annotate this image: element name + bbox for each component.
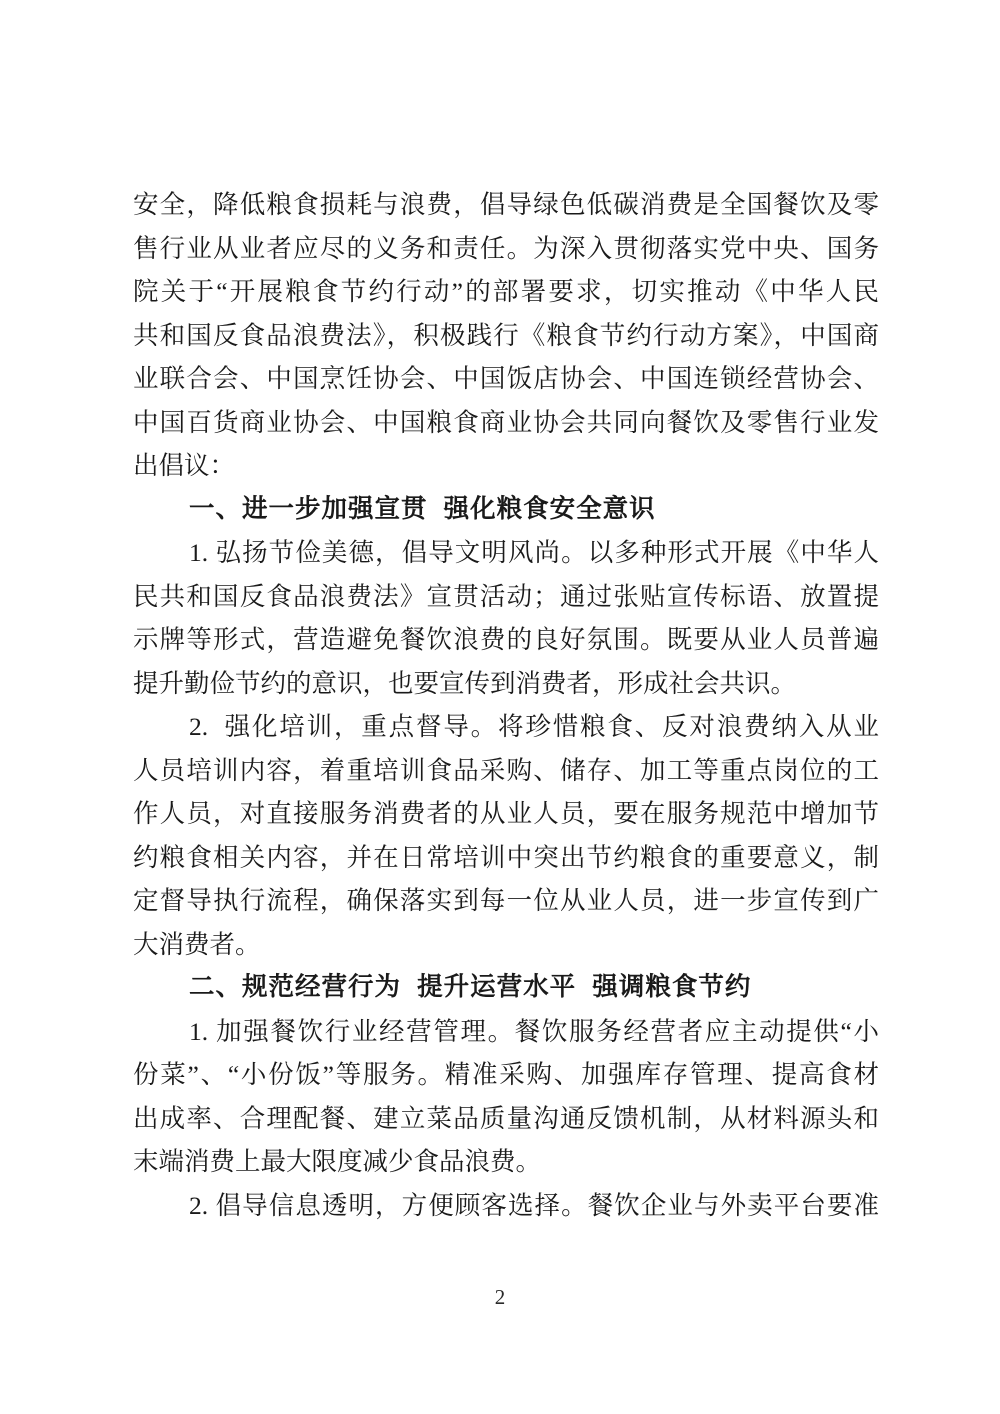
text-line: 共和国反食品浪费法》，积极践行《粮食节约行动方案》，中国商 — [133, 314, 879, 358]
text-line: 定督导执行流程，确保落实到每一位从业人员，进一步宣传到广 — [133, 879, 879, 923]
text-line: 2. 倡导信息透明，方便顾客选择。餐饮企业与外卖平台要准 — [133, 1184, 879, 1228]
section-heading: 一、进一步加强宣贯 强化粮食安全意识 — [133, 488, 879, 532]
text-line: 末端消费上最大限度减少食品浪费。 — [133, 1140, 879, 1184]
text-line: 份菜”、“小份饭”等服务。精准采购、加强库存管理、提高食材 — [133, 1053, 879, 1097]
text-block: 安全，降低粮食损耗与浪费，倡导绿色低碳消费是全国餐饮及零售行业从业者应尽的义务和… — [133, 183, 879, 1227]
text-line: 中国百货商业协会、中国粮食商业协会共同向餐饮及零售行业发 — [133, 401, 879, 445]
text-line: 作人员，对直接服务消费者的从业人员，要在服务规范中增加节 — [133, 792, 879, 836]
text-line: 民共和国反食品浪费法》宣贯活动；通过张贴宣传标语、放置提 — [133, 575, 879, 619]
text-line: 2. 强化培训，重点督导。将珍惜粮食、反对浪费纳入从业 — [133, 705, 879, 749]
text-line: 人员培训内容，着重培训食品采购、储存、加工等重点岗位的工 — [133, 749, 879, 793]
text-line: 安全，降低粮食损耗与浪费，倡导绿色低碳消费是全国餐饮及零 — [133, 183, 879, 227]
text-line: 出倡议： — [133, 444, 879, 488]
text-line: 示牌等形式，营造避免餐饮浪费的良好氛围。既要从业人员普遍 — [133, 618, 879, 662]
text-line: 业联合会、中国烹饪协会、中国饭店协会、中国连锁经营协会、 — [133, 357, 879, 401]
text-line: 约粮食相关内容，并在日常培训中突出节约粮食的重要意义，制 — [133, 836, 879, 880]
page-number: 2 — [0, 1283, 1000, 1311]
document-page: 安全，降低粮食损耗与浪费，倡导绿色低碳消费是全国餐饮及零售行业从业者应尽的义务和… — [0, 0, 1000, 1414]
section-heading: 二、规范经营行为 提升运营水平 强调粮食节约 — [133, 966, 879, 1010]
text-line: 提升勤俭节约的意识，也要宣传到消费者，形成社会共识。 — [133, 662, 879, 706]
text-line: 出成率、合理配餐、建立菜品质量沟通反馈机制，从材料源头和 — [133, 1097, 879, 1141]
text-line: 1. 加强餐饮行业经营管理。餐饮服务经营者应主动提供“小 — [133, 1010, 879, 1054]
text-line: 大消费者。 — [133, 923, 879, 967]
text-line: 售行业从业者应尽的义务和责任。为深入贯彻落实党中央、国务 — [133, 227, 879, 271]
text-line: 院关于“开展粮食节约行动”的部署要求，切实推动《中华人民 — [133, 270, 879, 314]
text-line: 1. 弘扬节俭美德，倡导文明风尚。以多种形式开展《中华人 — [133, 531, 879, 575]
